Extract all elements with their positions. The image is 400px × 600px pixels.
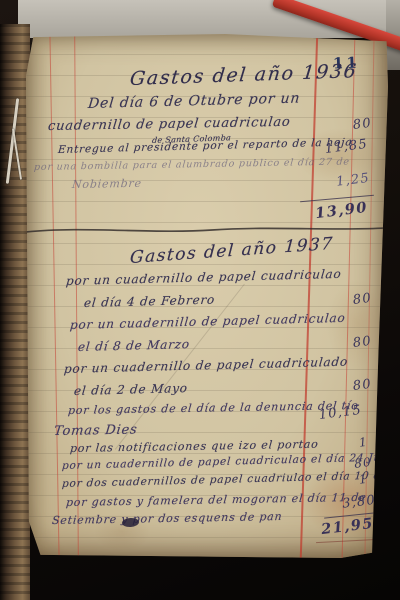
amount-value: 1,25 bbox=[315, 171, 370, 192]
ledger-line: Entregue al presidente por el reparto de… bbox=[58, 136, 353, 156]
photo-scene: 11 Gastos del año 1936 Del día 6 de Otub… bbox=[0, 0, 400, 600]
ledger-line: Tomas Dies bbox=[53, 423, 138, 439]
amount-value: 80 bbox=[317, 377, 372, 398]
ledger-line: por un cuadernillo de papel cuadriculao bbox=[65, 267, 342, 288]
ledger-page: 11 Gastos del año 1936 Del día 6 de Otub… bbox=[26, 34, 388, 558]
ledger-line: Setiembre y por dos esquens de pan bbox=[51, 510, 283, 527]
margin-rule-left-1 bbox=[49, 34, 60, 558]
amount-value: 80 bbox=[317, 116, 372, 137]
section-title-1936: Gastos del año 1936 bbox=[129, 60, 359, 90]
ledger-line: por una bombilla para el alumbrado publi… bbox=[34, 156, 351, 173]
ledger-line: el dí 8 de Marzo bbox=[77, 337, 190, 354]
ledger-line: Nobiembre bbox=[71, 177, 142, 191]
ink-blot bbox=[122, 517, 140, 527]
section-title-1937: Gastos del año 1937 bbox=[129, 234, 334, 268]
ledger-line: el día 4 de Febrero bbox=[83, 293, 215, 310]
ledger-line: cuadernillo de papel cuadriculao bbox=[47, 115, 291, 134]
ledger-line: el día 2 de Mayo bbox=[73, 381, 188, 398]
amount-value: 80 bbox=[317, 334, 372, 355]
section-total-1936: 13,90 bbox=[313, 199, 369, 222]
ledger-line: Del día 6 de Otubre por un bbox=[87, 90, 301, 112]
amount-value: 80 bbox=[317, 291, 372, 312]
section-divider-line bbox=[22, 222, 390, 238]
total-underline-1937 bbox=[316, 538, 398, 543]
ledger-line: por las notificaciones que izo el portao bbox=[69, 438, 319, 455]
